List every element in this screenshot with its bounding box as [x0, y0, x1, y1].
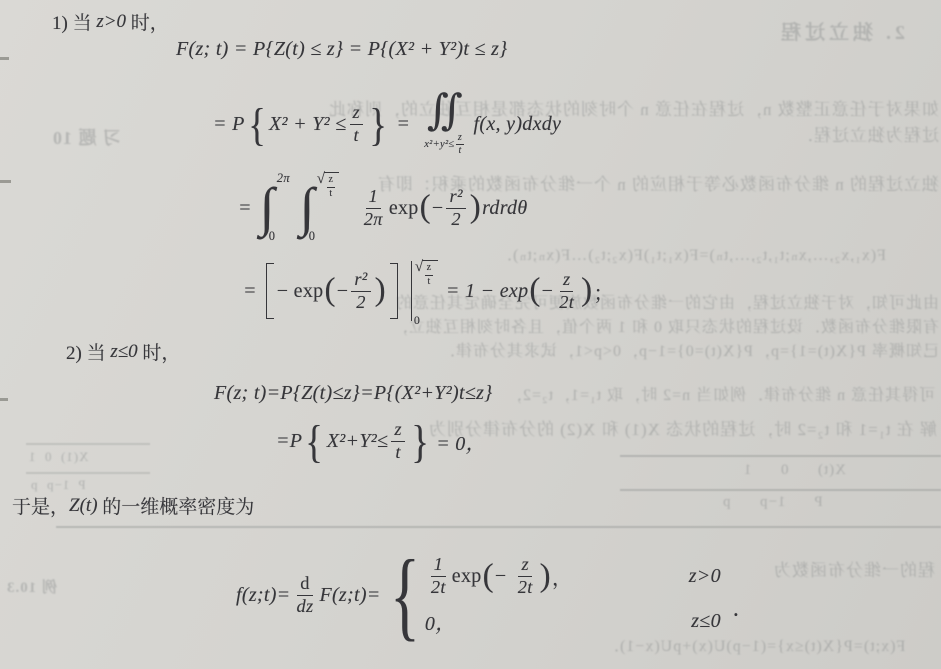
left-brace: { [306, 421, 324, 462]
bleed-table-rule [620, 455, 941, 457]
formula-polar-integral: = ∫ 2π 0 ∫ √zt 0 12π exp ( − r²2 ) rdrdθ [238, 175, 527, 241]
right-brace: } [411, 421, 429, 462]
bleed-through-table-row: P 1−p p [30, 477, 86, 493]
sentence-period: . [733, 596, 739, 623]
fraction-1-over-2pi: 12π [361, 187, 386, 230]
bleed-through-text: 例 10.3 [6, 576, 57, 597]
sqrt-z-over-t: √zt [317, 172, 340, 199]
bleed-through-text: 习 题 10 [52, 124, 121, 150]
bleed-through-text: 过程为独立过程． [795, 121, 939, 146]
condition-z-positive: z>0 [689, 565, 721, 588]
bleed-through-text: 可得其任意 n 维分布律．例如当 n=2 时，取 t₁=1，t₂=2， [505, 382, 935, 405]
bleed-through-table-row: X(1) 0 1 [28, 449, 89, 465]
bleed-through-text: 程的一维分布函数为 [773, 556, 935, 581]
left-brace: { [248, 104, 266, 145]
case2-label: 2) 当 z≤0 时， [66, 338, 180, 365]
condition-z-nonpositive: z≤0 [691, 610, 721, 633]
double-integral: ∬ x²+y²≤ zt [424, 92, 465, 157]
scan-edge-mark [0, 398, 8, 401]
fraction-z-over-t: zt [350, 103, 363, 146]
bleed-table-rule [620, 489, 941, 491]
bleed-table-rule [26, 443, 150, 445]
integral-domain: x²+y²≤ zt [424, 133, 465, 157]
sqrt-z-over-t: √zt [415, 254, 438, 287]
integral-r: ∫ √zt 0 [300, 175, 356, 241]
bleed-through-formula: F(x;t)=P{X(t)≤x}=(1−p)U(x)+pU(x−1)． [602, 633, 905, 656]
formula-evaluated: = − exp ( − r²2 ) √zt 0 = 1 − exp ( − z2… [243, 256, 614, 326]
cases-brace: { [390, 555, 420, 635]
fraction-r2-over-2: r²2 [351, 270, 370, 313]
fraction-d-over-dz: ddz [293, 574, 316, 617]
bleed-through-heading: 2. 独立过程 [777, 16, 905, 45]
conclusion-text: 于是，Z(t) 的一维概率密度为 [12, 492, 254, 519]
right-brace: } [369, 104, 387, 145]
piecewise-cases: { 12t exp ( − z2t ) ， z>0 0， z≤0 [381, 555, 721, 636]
formula-zero: =P { X²+Y²≤ zt } = 0， [276, 420, 486, 463]
bleed-table-rule [56, 526, 941, 528]
case-row-positive: 12t exp ( − z2t ) ， z>0 [425, 555, 721, 598]
formula-double-integral: = P { X² + Y² ≤ zt } = ∬ x²+y²≤ zt f(x, … [213, 92, 561, 157]
fraction-z-over-2t: z2t [556, 270, 577, 313]
bleed-through-table-row: P 1−p p [722, 494, 823, 511]
scanned-textbook-page: 2. 独立过程 如果对于任意正整数 n，过程在任意 n 个时刻的状态都是相互独立… [0, 0, 941, 669]
fraction-1-over-2t: 12t [428, 555, 449, 598]
evaluation-bar: √zt 0 [410, 256, 440, 326]
left-bracket [266, 263, 274, 319]
formula-density: f(z;t)= ddz F(z;t)= { 12t exp ( − z2t ) … [236, 555, 739, 636]
integral-theta: ∫ 2π 0 [260, 175, 296, 241]
scan-edge-mark [0, 57, 9, 60]
scan-edge-mark [0, 180, 11, 183]
fraction-z-over-t-small: zt [455, 133, 464, 157]
formula-cdf-definition: F(z; t) = P{Z(t) ≤ z} = P{(X² + Y²)t ≤ z… [176, 38, 507, 61]
bleed-through-text: 解 在 t₁=1 和 t₂=2 时，过程的状态 X(1) 和 X(2) 的分布律… [428, 415, 937, 440]
bleed-through-text: 已知概率 P{X(t)=1}=p，P{X(t)=0}=1−p，0<p<1，试求其… [438, 338, 939, 361]
fraction-r2-over-2: r²2 [446, 187, 465, 230]
right-bracket [390, 263, 398, 319]
bleed-through-table-row: X(t) 0 1 [743, 462, 846, 479]
fraction-z-over-t: zt [391, 420, 404, 463]
formula-cdf-case2: F(z; t)=P{Z(t)≤z}=P{(X²+Y²)t≤z} [214, 382, 492, 405]
case1-label: 1) 当 z>0 时， [52, 8, 169, 35]
bleed-table-rule [26, 472, 150, 474]
fraction-z-over-2t: z2t [515, 555, 536, 598]
case-row-nonpositive: 0， z≤0 [425, 607, 721, 636]
